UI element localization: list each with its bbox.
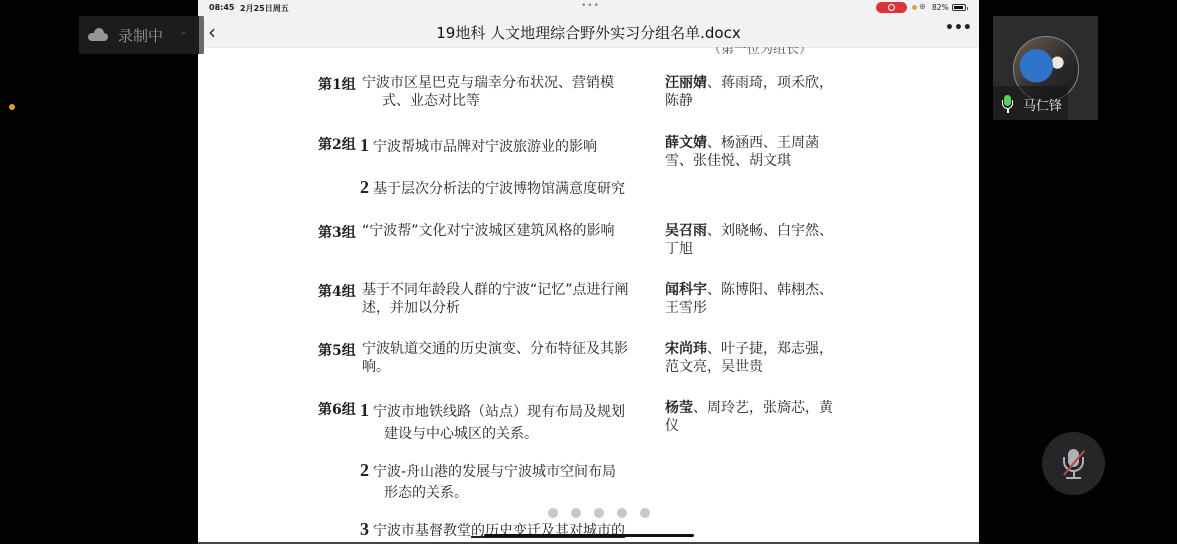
members-line: 吴召雨、刘晓畅、白宇然、	[665, 222, 865, 240]
status-date: 2月25日周五	[240, 3, 289, 14]
topic-number: 1	[360, 400, 369, 420]
members-line: 王雪彤	[665, 299, 865, 317]
status-time: 08:45	[209, 3, 234, 12]
members-line: 薛文婧、杨涵西、王周菡	[665, 134, 865, 152]
topic-text: 基于层次分析法的宁波博物馆满意度研究	[373, 181, 625, 197]
page-dot[interactable]	[640, 508, 650, 518]
group-leader: 吴召雨	[665, 223, 707, 239]
document-body[interactable]: （第一位为组长） 第1组 宁波市区星巴克与瑞幸分布状况、营销模 式、业态对比等 …	[198, 48, 979, 544]
page-dot[interactable]	[571, 508, 581, 518]
topic-line: 2宁波-舟山港的发展与宁波城市空间布局	[360, 461, 616, 481]
status-dot-icon	[9, 104, 15, 110]
screen: 08:45 2月25日周五 ••• ⊕ 82% ‹ 19地科 人文地理综合野外实…	[0, 0, 1177, 544]
members-line: 范文亮，吴世贵	[665, 358, 865, 376]
topic-line: 式、业态对比等	[382, 92, 480, 110]
group-leader: 薛文婧	[665, 135, 707, 151]
screen-recording-icon[interactable]	[876, 2, 907, 13]
topic-number: 2	[360, 177, 369, 197]
members: 、叶子捷，郑志强，	[707, 341, 833, 357]
topic-line: 1宁波市地铁线路（站点）现有布局及规划	[360, 401, 625, 421]
participant-name: 马仁锋	[1023, 95, 1062, 114]
shared-screen: 08:45 2月25日周五 ••• ⊕ 82% ‹ 19地科 人文地理综合野外实…	[198, 0, 979, 544]
topic-number: 2	[360, 460, 369, 480]
topic-text: 宁波市地铁线路（站点）现有布局及规划	[373, 404, 625, 420]
participant-tile[interactable]: 马仁锋	[993, 16, 1098, 120]
topic-line: 宁波轨道交通的历史演变、分布特征及其影	[362, 340, 628, 358]
mic-active-icon	[1002, 95, 1014, 113]
mute-microphone-button[interactable]	[1042, 432, 1105, 495]
group-leader: 闻科宇	[665, 282, 707, 298]
members: 、刘晓畅、白宇然、	[707, 223, 833, 239]
members-line: 闻科宇、陈博阳、韩栩杰、	[665, 281, 865, 299]
recording-indicator[interactable]: 录制中 ⌄	[79, 16, 204, 54]
more-options-button[interactable]: •••	[945, 20, 972, 36]
status-bar: 08:45 2月25日周五 ••• ⊕ 82%	[198, 0, 979, 16]
topic-number: 3	[360, 519, 369, 539]
topic-line: 2基于层次分析法的宁波博物馆满意度研究	[360, 178, 625, 198]
group-label: 第6组	[318, 399, 356, 419]
members-line: 仪	[665, 417, 865, 435]
group-label: 第1组	[318, 74, 356, 94]
topic-text: 宁波帮城市品牌对宁波旅游业的影响	[373, 139, 597, 155]
group-leader: 杨莹	[665, 400, 693, 416]
group-leader: 宋尚玮	[665, 341, 707, 357]
battery-icon	[952, 4, 966, 11]
topic-line: 形态的关系。	[384, 484, 468, 502]
page-dot[interactable]	[617, 508, 627, 518]
members: 、陈博阳、韩栩杰、	[707, 282, 833, 298]
document-title: 19地科 人文地理综合野外实习分组名单.docx	[198, 22, 979, 43]
cloud-icon	[88, 29, 108, 40]
topic-line: 述，并加以分析	[362, 299, 460, 317]
multitask-dots-icon[interactable]: •••	[581, 1, 600, 11]
topic-line: 基于不同年龄段人群的宁波“记忆”点进行阐	[362, 281, 629, 299]
topic-number: 1	[360, 135, 369, 155]
group-label: 第5组	[318, 340, 356, 360]
topic-line: 宁波市区星巴克与瑞幸分布状况、营销模	[362, 74, 614, 92]
topic-line: 1宁波帮城市品牌对宁波旅游业的影响	[360, 136, 597, 156]
battery-percent: 82%	[932, 3, 949, 12]
members-line: 宋尚玮、叶子捷，郑志强，	[665, 340, 865, 358]
topic-line: “宁波帮”文化对宁波城区建筑风格的影响	[362, 222, 615, 240]
members: 、周玲艺，张旖芯，黄	[693, 400, 833, 416]
home-indicator[interactable]	[484, 534, 694, 537]
topic-line: 建设与中心城区的关系。	[384, 425, 538, 443]
group-label: 第2组	[318, 134, 356, 154]
members-line: 雪、张佳悦、胡文琪	[665, 152, 865, 170]
recording-label: 录制中	[118, 25, 163, 46]
members-line: 杨莹、周玲艺，张旖芯，黄	[665, 399, 865, 417]
members: 、杨涵西、王周菡	[707, 135, 819, 151]
nav-bar: ‹ 19地科 人文地理综合野外实习分组名单.docx •••	[198, 16, 979, 48]
page-dot[interactable]	[548, 508, 558, 518]
topic-line: 3宁波市基督教堂的历史变迁及其对城市的	[360, 520, 625, 540]
members-line: 陈静	[665, 92, 865, 110]
members: 、蒋雨琦，项禾欣，	[707, 75, 833, 91]
drag-handle[interactable]	[199, 16, 204, 54]
members-line: 汪丽婧、蒋雨琦，项禾欣，	[665, 74, 865, 92]
page-dot[interactable]	[594, 508, 604, 518]
topic-line: 响。	[362, 358, 390, 376]
page-indicator[interactable]	[548, 508, 650, 518]
link-icon: ⊕	[919, 2, 926, 11]
group-leader: 汪丽婧	[665, 75, 707, 91]
group-label: 第3组	[318, 222, 356, 242]
topic-text: 宁波市基督教堂	[373, 523, 471, 539]
members-line: 丁旭	[665, 240, 865, 258]
group-label: 第4组	[318, 281, 356, 301]
chevron-down-icon[interactable]: ⌄	[179, 24, 188, 37]
privacy-indicator-icon	[912, 5, 917, 10]
topic-text: 宁波-舟山港的发展与宁波城市空间布局	[373, 464, 616, 480]
